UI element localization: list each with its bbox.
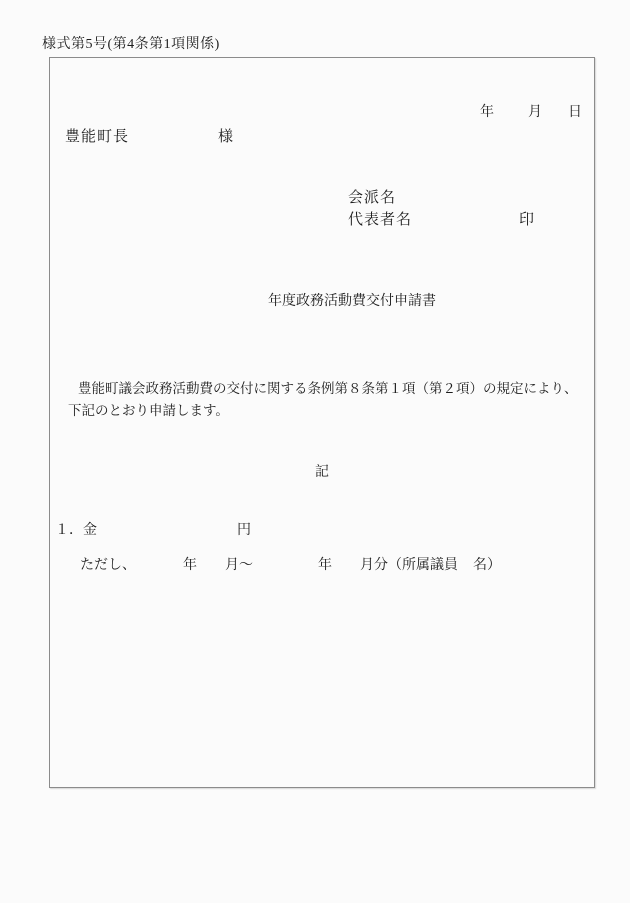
date-year-label: 年 xyxy=(480,105,494,121)
document-page: 様式第5号(第4条第1項関係) 年 月 日 豊能町長 様 会派名 代表者名 印 … xyxy=(0,0,630,903)
period-member-count-label: 名） xyxy=(473,558,501,574)
period-to-year-label: 年 xyxy=(318,558,332,574)
faction-name-label: 会派名 xyxy=(348,190,396,207)
amount-unit-label: 円 xyxy=(237,523,251,539)
period-from-month-label: 月～ xyxy=(225,558,253,574)
body-paragraph-line2: 下記のとおり申請します。 xyxy=(68,403,229,419)
representative-name-label: 代表者名 xyxy=(348,212,412,229)
body-paragraph-line1: 豊能町議会政務活動費の交付に関する条例第８条第１項（第２項）の規定により、 xyxy=(78,381,578,397)
date-month-label: 月 xyxy=(528,105,542,121)
addressee-honorific: 様 xyxy=(218,129,233,146)
period-from-year-label: 年 xyxy=(183,558,197,574)
amount-item-label: １．金 xyxy=(55,523,97,539)
period-to-month-label: 月分（所属議員 xyxy=(360,558,458,574)
record-marker: 記 xyxy=(50,465,594,481)
seal-label: 印 xyxy=(519,212,534,229)
period-prefix-label: ただし、 xyxy=(80,558,136,574)
form-border-box: 年 月 日 豊能町長 様 会派名 代表者名 印 年度政務活動費交付申請書 豊能町… xyxy=(49,57,595,788)
form-number-label: 様式第5号(第4条第1項関係) xyxy=(42,37,220,53)
form-title: 年度政務活動費交付申請書 xyxy=(268,294,436,310)
date-day-label: 日 xyxy=(568,105,582,121)
addressee-name: 豊能町長 xyxy=(65,129,129,146)
